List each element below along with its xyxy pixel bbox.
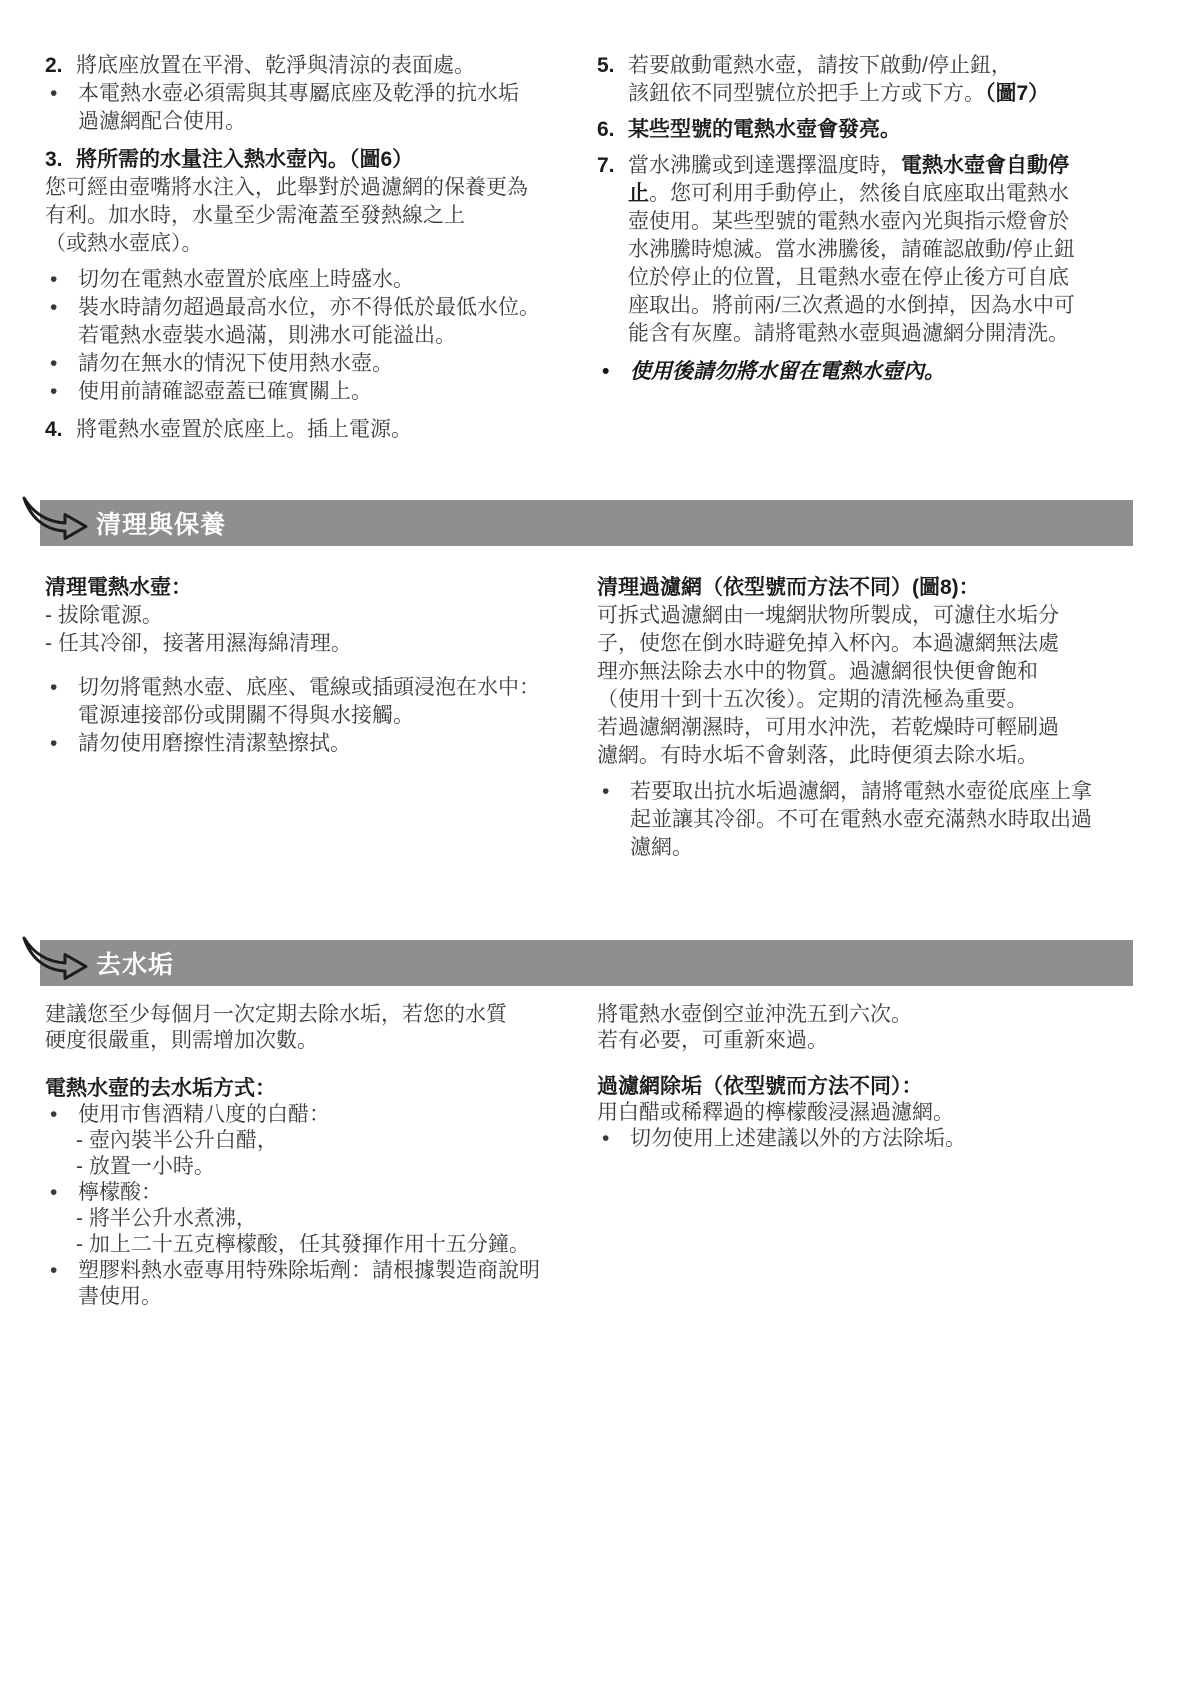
- banner-title: 清理與保養: [96, 505, 226, 541]
- dash-item: - 壺內裝半公升白醋，: [45, 1128, 575, 1154]
- bullet-text: 檸檬酸：: [78, 1181, 162, 1204]
- dash-text: - 加上二十五克檸檬酸，任其發揮作用十五分鐘。: [76, 1233, 530, 1256]
- banner-title: 去水垢: [96, 945, 174, 981]
- bullet-text: 切勿將電熱水壺、底座、電線或插頭浸泡在水中： 電源連接部份或開關不得與水接觸。: [78, 676, 540, 727]
- step-2-number: 2.: [45, 52, 63, 80]
- bullet-text: 切勿使用上述建議以外的方法除垢。: [630, 1127, 966, 1150]
- bullet-item: 裝水時請勿超過最高水位，亦不得低於最低水位。 若電熱水壺裝水過滿，則沸水可能溢出…: [45, 294, 575, 350]
- step-5-figure-ref: （圖7）: [985, 82, 1049, 105]
- step-2-text: 將底座放置在平滑、乾淨與清涼的表面處。: [76, 54, 475, 77]
- bullet-item: 請勿使用磨擦性清潔墊擦拭。: [45, 730, 575, 758]
- bullet-text: 請勿在無水的情況下使用熱水壺。: [78, 352, 393, 375]
- descale-left-column: 建議您至少每個月一次定期去除水垢，若您的水質 硬度很嚴重，則需增加次數。 電熱水…: [45, 1002, 575, 1310]
- step-2: 2.將底座放置在平滑、乾淨與清涼的表面處。: [45, 52, 575, 80]
- cleaning-filter-heading: 清理過濾網（依型號而方法不同）(圖8)：: [597, 574, 1149, 602]
- dash-text: - 放置一小時。: [76, 1155, 215, 1178]
- step-3-paragraph: 您可經由壺嘴將水注入，此舉對於過濾網的保養更為 有利。加水時，水量至少需淹蓋至發…: [45, 174, 575, 258]
- bullet-text: 請勿使用磨擦性清潔墊擦拭。: [78, 732, 351, 755]
- step-2-bullet: 本電熱水壺必須需與其專屬底座及乾淨的抗水垢 過濾網配合使用。: [45, 80, 575, 136]
- section-banner-cleaning: 清理與保養: [40, 500, 1133, 546]
- curved-arrow-icon: [19, 932, 89, 990]
- bullet-item: 請勿在無水的情況下使用熱水壺。: [45, 350, 575, 378]
- step-5: 5.若要啟動電熱水壺，請按下啟動/停止鈕， 該鈕依不同型號位於把手上方或下方。（…: [597, 52, 1149, 108]
- step-4: 4.將電熱水壺置於底座上。插上電源。: [45, 416, 575, 444]
- descale-warning-bullet: 切勿使用上述建議以外的方法除垢。: [597, 1126, 1149, 1152]
- bullet-text: 使用後請勿將水留在電熱水壺內。: [630, 360, 945, 383]
- bullet-text: 使用前請確認壺蓋已確實關上。: [78, 380, 372, 403]
- bullet-item: 塑膠料熱水壺專用特殊除垢劑：請根據製造商說明 書使用。: [45, 1258, 575, 1310]
- bullet-item: 切勿在電熱水壺置於底座上時盛水。: [45, 266, 575, 294]
- step-6-number: 6.: [597, 116, 615, 144]
- step-3-text: 將所需的水量注入熱水壺內。（圖6）: [76, 148, 413, 171]
- cleaning-left-column: 清理電熱水壺： - 拔除電源。 - 任其冷卻，接著用濕海綿清理。 切勿將電熱水壺…: [45, 574, 575, 758]
- bullet-text: 裝水時請勿超過最高水位，亦不得低於最低水位。 若電熱水壺裝水過滿，則沸水可能溢出…: [78, 296, 540, 347]
- step-7-text-normal: 當水沸騰或到達選擇溫度時，: [628, 154, 901, 177]
- step-6-text: 某些型號的電熱水壺會發亮。: [628, 118, 901, 141]
- bullet-item: 切勿將電熱水壺、底座、電線或插頭浸泡在水中： 電源連接部份或開關不得與水接觸。: [45, 674, 575, 730]
- step-6: 6.某些型號的電熱水壺會發亮。: [597, 116, 1149, 144]
- dash-item: - 將半公升水煮沸，: [45, 1206, 575, 1232]
- bullet-text: 若要取出抗水垢過濾網，請將電熱水壺從底座上拿 起並讓其冷卻。不可在電熱水壺充滿熱…: [630, 780, 1092, 859]
- cleaning-kettle-heading: 清理電熱水壺：: [45, 574, 575, 602]
- cleaning-right-column: 清理過濾網（依型號而方法不同）(圖8)： 可拆式過濾網由一塊網狀物所製成，可濾住…: [597, 574, 1149, 862]
- dash-text: - 壺內裝半公升白醋，: [76, 1129, 278, 1152]
- dash-text: - 將半公升水煮沸，: [76, 1207, 257, 1230]
- descale-right-column: 將電熱水壺倒空並沖洗五到六次。 若有必要，可重新來過。 過濾網除垢（依型號而方法…: [597, 1002, 1149, 1152]
- descale-methods-heading: 電熱水壺的去水垢方式：: [45, 1076, 575, 1102]
- caution-bullet-list: 切勿在電熱水壺置於底座上時盛水。 裝水時請勿超過最高水位，亦不得低於最低水位。 …: [45, 266, 575, 406]
- dash-item: - 放置一小時。: [45, 1154, 575, 1180]
- filter-removal-bullet: 若要取出抗水垢過濾網，請將電熱水壺從底座上拿 起並讓其冷卻。不可在電熱水壺充滿熱…: [597, 778, 1149, 862]
- after-use-warning-bullet: 使用後請勿將水留在電熱水壺內。: [597, 358, 1149, 386]
- bullet-item: 使用市售酒精八度的白醋：: [45, 1102, 575, 1128]
- step-7: 7.當水沸騰或到達選擇溫度時，電熱水壺會自動停 止。您可利用手動停止，然後自底座…: [597, 152, 1149, 348]
- cleaning-filter-paragraph: 可拆式過濾網由一塊網狀物所製成，可濾住水垢分 子，使您在倒水時避免掉入杯內。本過…: [597, 602, 1149, 770]
- step-5-text: 若要啟動電熱水壺，請按下啟動/停止鈕， 該鈕依不同型號位於把手上方或下方。: [628, 54, 1012, 105]
- step-3: 3.將所需的水量注入熱水壺內。（圖6）: [45, 146, 575, 174]
- bullet-text: 切勿在電熱水壺置於底座上時盛水。: [78, 268, 414, 291]
- section-banner-descale: 去水垢: [40, 940, 1133, 986]
- step-3-number: 3.: [45, 146, 63, 174]
- step-5-number: 5.: [597, 52, 615, 80]
- descale-filter-heading: 過濾網除垢（依型號而方法不同）：: [597, 1074, 1149, 1100]
- cleaning-warning-list: 切勿將電熱水壺、底座、電線或插頭浸泡在水中： 電源連接部份或開關不得與水接觸。 …: [45, 674, 575, 758]
- step-7-text-rest: 。您可利用手動停止，然後自底座取出電熱水 壺使用。某些型號的電熱水壺內光與指示燈…: [628, 182, 1075, 345]
- top-left-column: 2.將底座放置在平滑、乾淨與清涼的表面處。 本電熱水壺必須需與其專屬底座及乾淨的…: [45, 52, 575, 444]
- descale-intro: 建議您至少每個月一次定期去除水垢，若您的水質 硬度很嚴重，則需增加次數。: [45, 1002, 575, 1054]
- descale-filter-line: 用白醋或稀釋過的檸檬酸浸濕過濾網。: [597, 1100, 1149, 1126]
- step-4-text: 將電熱水壺置於底座上。插上電源。: [76, 418, 412, 441]
- dash-item: - 加上二十五克檸檬酸，任其發揮作用十五分鐘。: [45, 1232, 575, 1258]
- bullet-text: 塑膠料熱水壺專用特殊除垢劑：請根據製造商說明 書使用。: [78, 1259, 540, 1308]
- descale-rinse-paragraph: 將電熱水壺倒空並沖洗五到六次。 若有必要，可重新來過。: [597, 1002, 1149, 1054]
- bullet-text: 使用市售酒精八度的白醋：: [78, 1103, 330, 1126]
- curved-arrow-icon: [19, 492, 89, 550]
- bullet-item: 使用前請確認壺蓋已確實關上。: [45, 378, 575, 406]
- top-right-column: 5.若要啟動電熱水壺，請按下啟動/停止鈕， 該鈕依不同型號位於把手上方或下方。（…: [597, 52, 1149, 386]
- step-7-number: 7.: [597, 152, 615, 180]
- cleaning-kettle-steps: - 拔除電源。 - 任其冷卻，接著用濕海綿清理。: [45, 602, 575, 658]
- bullet-item: 檸檬酸：: [45, 1180, 575, 1206]
- bullet-text: 本電熱水壺必須需與其專屬底座及乾淨的抗水垢 過濾網配合使用。: [78, 82, 519, 133]
- step-4-number: 4.: [45, 416, 63, 444]
- descale-methods-list: 使用市售酒精八度的白醋： - 壺內裝半公升白醋， - 放置一小時。 檸檬酸： -…: [45, 1102, 575, 1310]
